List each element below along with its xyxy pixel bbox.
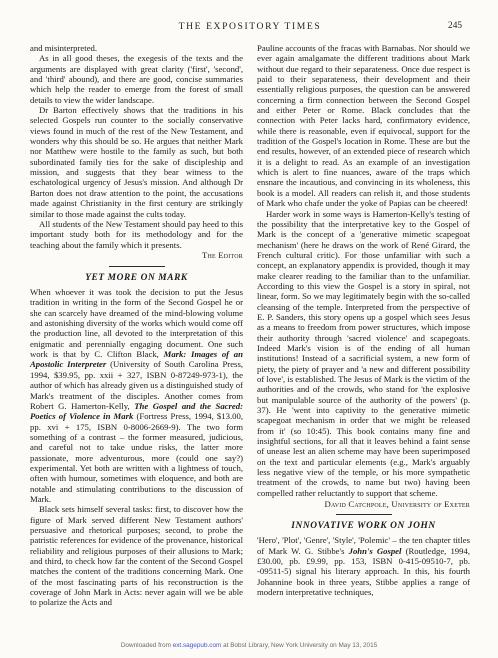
- paragraph-harder: Harder work in some ways is Hamerton-Kel…: [257, 209, 470, 499]
- sagepub-link[interactable]: ext.sagepub.com: [173, 642, 222, 649]
- journal-page: THE EXPOSITORY TIMES 245 and misinterpre…: [0, 0, 498, 658]
- left-column: and misinterpreted. As in all good these…: [30, 43, 243, 608]
- section-divider: [336, 514, 392, 515]
- page-number: 245: [448, 21, 462, 31]
- paragraph-pauline: Pauline accounts of the fracas with Barn…: [257, 43, 470, 209]
- section-heading-mark: YET MORE ON MARK: [30, 273, 243, 283]
- paragraph-barton: Dr Barton effectively shows that the tra…: [30, 105, 243, 219]
- journal-title: THE EXPOSITORY TIMES: [179, 21, 322, 32]
- paragraph-black-tasks: Black sets himself several tasks: first,…: [30, 504, 243, 607]
- book-title: John's Gospel: [349, 546, 402, 556]
- paragraph-mark-reviews: When whoever it was took the decision to…: [30, 287, 243, 504]
- paragraph-students: All students of the New Testament should…: [30, 219, 243, 250]
- paragraph-continuation: and misinterpreted.: [30, 43, 243, 53]
- byline-catchpole: David Catchpole, University of Exeter: [257, 499, 470, 509]
- footer-text: Downloaded from: [121, 642, 173, 649]
- footer-text: at Bobst Library, New York University on…: [221, 642, 377, 649]
- download-footer: Downloaded from ext.sagepub.com at Bobst…: [0, 642, 498, 649]
- paragraph-theses: As in all good theses, the exegesis of t…: [30, 53, 243, 105]
- article-columns: and misinterpreted. As in all good these…: [30, 43, 470, 608]
- byline-editor: The Editor: [30, 250, 243, 260]
- paragraph-text: (Fortress Press, 1994, $13.00, pp. xvi +…: [30, 411, 243, 504]
- section-divider: [109, 266, 165, 267]
- page-header: THE EXPOSITORY TIMES 245: [30, 21, 470, 32]
- section-heading-john: INNOVATIVE WORK ON JOHN: [257, 521, 470, 531]
- right-column: Pauline accounts of the fracas with Barn…: [257, 43, 470, 608]
- paragraph-john-review: 'Hero', 'Plot', 'Genre', 'Style', 'Polem…: [257, 535, 470, 597]
